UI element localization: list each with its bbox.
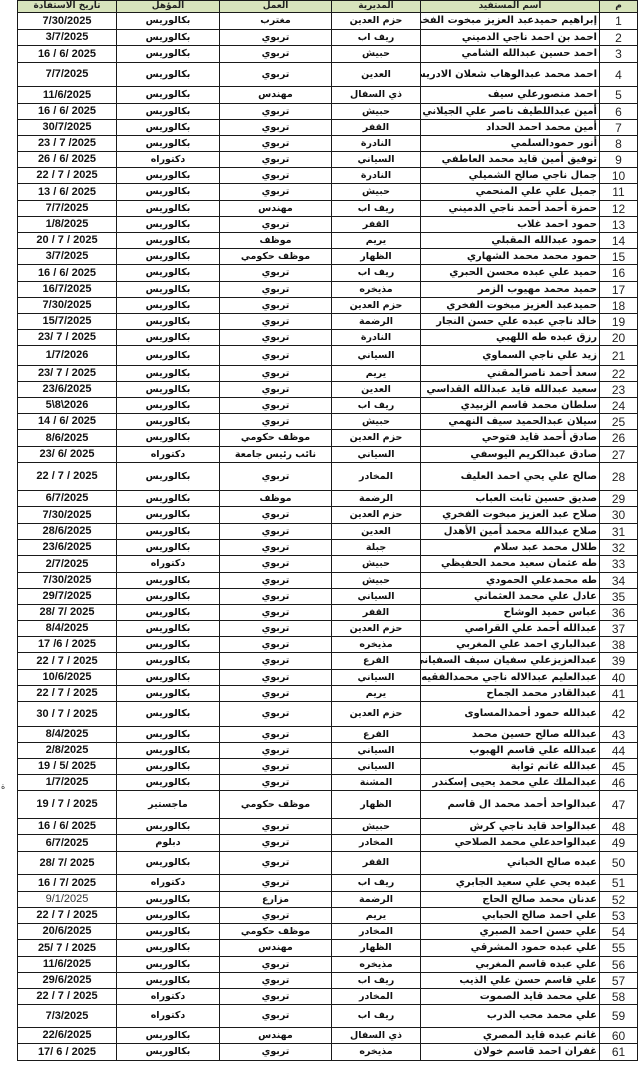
cell-qual: بكالوريس bbox=[117, 217, 220, 233]
cell-name: سلطان محمد قاسم الزبيدي bbox=[421, 398, 600, 414]
cell-qual: بكالوريس bbox=[117, 282, 220, 298]
cell-district: العدين bbox=[332, 524, 421, 540]
table-row: 59علي محمد محب الدربريف ابتربويدكتوراه7/… bbox=[18, 1005, 638, 1028]
cell-job: تربوي bbox=[220, 556, 332, 573]
header-name: اسم المستفيد bbox=[421, 1, 600, 13]
cell-date: 11/6/2025 bbox=[18, 87, 117, 104]
cell-date: 14 / 6/ 2025 bbox=[18, 414, 117, 430]
cell-name: حميدعبد العزيز مبخوت الفخري bbox=[421, 298, 600, 314]
cell-name: حمود احمد غلاب bbox=[421, 217, 600, 233]
cell-name: حمود عبدالله المقبلي bbox=[421, 233, 600, 249]
cell-job: تربوي bbox=[220, 30, 332, 46]
cell-name: عبدالله غانم ثوابة bbox=[421, 759, 600, 775]
cell-name: علي محمد محب الدرب bbox=[421, 1005, 600, 1028]
cell-district: الظهار bbox=[332, 791, 421, 819]
cell-date: 7/30/2025 bbox=[18, 13, 117, 30]
cell-name: صلاح عبد العزيز مبخوت الفخري bbox=[421, 507, 600, 524]
cell-job: تربوي bbox=[220, 759, 332, 775]
cell-name: حميد علي عبده محسن الحبري bbox=[421, 265, 600, 282]
cell-name: عباس حميد الوشاح bbox=[421, 605, 600, 621]
table-row: 2احمد بن احمد ناجي الدمينيريف ابتربويبكا… bbox=[18, 30, 638, 46]
cell-name: خالد ناجي عبده علي حسن النجار bbox=[421, 314, 600, 330]
cell-date: 30/7/2025 bbox=[18, 120, 117, 136]
cell-name: عبدالقادر محمد الجماح bbox=[421, 686, 600, 702]
table-row: 45عبدالله غانم ثوابةالسيانيتربويبكالوريس… bbox=[18, 759, 638, 775]
cell-district: حزم العدين bbox=[332, 430, 421, 447]
cell-district: يريم bbox=[332, 366, 421, 382]
table-row: 46عبدالملك علي محمد يحيى إسكندرالمشنةترب… bbox=[18, 775, 638, 791]
cell-name: عبدالواحد أحمد محمد ال قاسم bbox=[421, 791, 600, 819]
cell-name: عبدالله صالح حسين محمد bbox=[421, 727, 600, 743]
cell-job: تربوي bbox=[220, 973, 332, 989]
cell-num: 8 bbox=[600, 136, 638, 152]
cell-num: 19 bbox=[600, 314, 638, 330]
cell-qual: بكالوريس bbox=[117, 621, 220, 637]
cell-date: 15/7/2025 bbox=[18, 314, 117, 330]
cell-date: 16 / 6/ 2025 bbox=[18, 819, 117, 835]
cell-name: جمال ناجي صالح الشميلي bbox=[421, 168, 600, 184]
cell-date: 16/7/2025 bbox=[18, 282, 117, 298]
cell-job: تربوي bbox=[220, 152, 332, 168]
cell-job: تربوي bbox=[220, 398, 332, 414]
cell-district: حبيش bbox=[332, 184, 421, 201]
cell-date: 23 / 7 /2025 bbox=[18, 136, 117, 152]
table-row: 15حمود محمد محمد الشهاريالظهارموظف حكومي… bbox=[18, 249, 638, 265]
table-row: 10جمال ناجي صالح الشميليالنادرةتربويبكال… bbox=[18, 168, 638, 184]
cell-job: نائب رئيس جامعة bbox=[220, 447, 332, 463]
cell-date: 23/6/2025 bbox=[18, 540, 117, 556]
cell-qual: بكالوريس bbox=[117, 775, 220, 791]
cell-num: 3 bbox=[600, 46, 638, 63]
cell-qual: دبلوم bbox=[117, 835, 220, 852]
table-row: 20رزق عبده طه اللهبيالنادرةتربويبكالوريس… bbox=[18, 330, 638, 346]
cell-date: 8/6/2025 bbox=[18, 430, 117, 447]
cell-date: 26 / 6/ 2025 bbox=[18, 152, 117, 168]
cell-job: تربوي bbox=[220, 104, 332, 120]
cell-district: النادرة bbox=[332, 330, 421, 346]
cell-date: 23/ 7 / 2025 bbox=[18, 330, 117, 346]
cell-district: حبيش bbox=[332, 819, 421, 835]
table-row: 36عباس حميد الوشاحالقفرتربويبكالوريس28/ … bbox=[18, 605, 638, 621]
cell-qual: بكالوريس bbox=[117, 201, 220, 217]
cell-date: 25/ 7 / 2025 bbox=[18, 940, 117, 957]
cell-num: 15 bbox=[600, 249, 638, 265]
cell-job: تربوي bbox=[220, 366, 332, 382]
table-row: 61غفران احمد قاسم خولانمذيخرهتربويبكالور… bbox=[18, 1044, 638, 1061]
cell-num: 25 bbox=[600, 414, 638, 430]
cell-job: تربوي bbox=[220, 908, 332, 924]
cell-name: طه عثمان سعيد محمد الحفيظي bbox=[421, 556, 600, 573]
header-date: تاريخ الاستفادة bbox=[18, 1, 117, 13]
cell-date: 6/7/2025 bbox=[18, 491, 117, 507]
cell-qual: بكالوريس bbox=[117, 819, 220, 835]
cell-qual: بكالوريس bbox=[117, 605, 220, 621]
cell-job: تربوي bbox=[220, 120, 332, 136]
cell-name: عبده يحي علي سعيد الجابري bbox=[421, 875, 600, 892]
cell-date: 28/ 7/ 2025 bbox=[18, 852, 117, 875]
cell-job: تربوي bbox=[220, 727, 332, 743]
table-row: 39عبدالعزيزعلي سفيان سيف السفيانيالفرعتر… bbox=[18, 653, 638, 670]
cell-name: عبدالعليم عبدالاله ناجي محمدالفقيه bbox=[421, 670, 600, 686]
table-row: 6أمين عبداللطيف ناصر علي الجيلانيحبيشترب… bbox=[18, 104, 638, 120]
cell-num: 44 bbox=[600, 743, 638, 759]
table-row: 1إبراهيم حميدعبد العزيز مبخوت الفخريحزم … bbox=[18, 13, 638, 30]
cell-num: 47 bbox=[600, 791, 638, 819]
table-row: 28صالح علي يحي احمد العليفالمخادرتربويبك… bbox=[18, 463, 638, 491]
table-row: 17حميد محمد مهيوب الزمرمذيخرهتربويبكالور… bbox=[18, 282, 638, 298]
cell-job: تربوي bbox=[220, 605, 332, 621]
cell-job: تربوي bbox=[220, 265, 332, 282]
cell-district: القفر bbox=[332, 852, 421, 875]
cell-job: تربوي bbox=[220, 330, 332, 346]
cell-qual: بكالوريس bbox=[117, 136, 220, 152]
cell-district: المخادر bbox=[332, 835, 421, 852]
table-row: 58علي محمد قايد الصموتالمخادرتربويدكتورا… bbox=[18, 989, 638, 1005]
cell-name: علي احمد صالح الحبابي bbox=[421, 908, 600, 924]
cell-num: 51 bbox=[600, 875, 638, 892]
cell-date: 23/6/2025 bbox=[18, 382, 117, 398]
cell-qual: بكالوريس bbox=[117, 940, 220, 957]
table-row: 32طلال محمد عبد سلامجبلةتربويبكالوريس23/… bbox=[18, 540, 638, 556]
cell-name: صادق عبدالكريم اليوسفي bbox=[421, 447, 600, 463]
cell-qual: بكالوريس bbox=[117, 637, 220, 653]
table-row: 30صلاح عبد العزيز مبخوت الفخريحزم العدين… bbox=[18, 507, 638, 524]
cell-job: تربوي bbox=[220, 835, 332, 852]
cell-qual: بكالوريس bbox=[117, 46, 220, 63]
cell-name: طه محمدعلي الحمودي bbox=[421, 573, 600, 589]
cell-district: المشنة bbox=[332, 775, 421, 791]
cell-qual: بكالوريس bbox=[117, 524, 220, 540]
cell-date: 22 / 7 / 2025 bbox=[18, 686, 117, 702]
cell-num: 33 bbox=[600, 556, 638, 573]
cell-date: 1/7/2025 bbox=[18, 775, 117, 791]
cell-date: 1/8/2025 bbox=[18, 217, 117, 233]
cell-date: 23/ 7 / 2025 bbox=[18, 366, 117, 382]
table-row: 16حميد علي عبده محسن الحبريريف ابتربويبك… bbox=[18, 265, 638, 282]
cell-name: احمد حسين عبدالله الشامي bbox=[421, 46, 600, 63]
cell-num: 49 bbox=[600, 835, 638, 852]
cell-qual: بكالوريس bbox=[117, 1044, 220, 1061]
cell-qual: دكتوراه bbox=[117, 989, 220, 1005]
cell-district: ذي السفال bbox=[332, 1028, 421, 1044]
cell-qual: دكتوراه bbox=[117, 875, 220, 892]
cell-qual: بكالوريس bbox=[117, 491, 220, 507]
cell-name: غانم عبده قايد المصري bbox=[421, 1028, 600, 1044]
cell-district: ريف اب bbox=[332, 973, 421, 989]
cell-num: 18 bbox=[600, 298, 638, 314]
cell-district: حزم العدين bbox=[332, 507, 421, 524]
cell-job: تربوي bbox=[220, 382, 332, 398]
header-row: م اسم المستفيد المديرية العمل المؤهل تار… bbox=[18, 1, 638, 13]
cell-num: 6 bbox=[600, 104, 638, 120]
cell-num: 29 bbox=[600, 491, 638, 507]
cell-district: الظهار bbox=[332, 249, 421, 265]
cell-job: تربوي bbox=[220, 670, 332, 686]
cell-district: النادرة bbox=[332, 168, 421, 184]
cell-date: 7/30/2025 bbox=[18, 507, 117, 524]
cell-qual: بكالوريس bbox=[117, 686, 220, 702]
cell-num: 24 bbox=[600, 398, 638, 414]
cell-qual: بكالوريس bbox=[117, 13, 220, 30]
cell-district: النادرة bbox=[332, 136, 421, 152]
cell-name: توفيق أمين قايد محمد العاطفي bbox=[421, 152, 600, 168]
cell-qual: بكالوريس bbox=[117, 973, 220, 989]
cell-date: 16 / 6/ 2025 bbox=[18, 104, 117, 120]
table-row: 8أنور حمودالسلميالنادرةتربويبكالوريس23 /… bbox=[18, 136, 638, 152]
cell-name: عبدالعزيزعلي سفيان سيف السفياني bbox=[421, 653, 600, 670]
cell-name: عادل علي محمد العثماني bbox=[421, 589, 600, 605]
cell-job: تربوي bbox=[220, 637, 332, 653]
cell-job: تربوي bbox=[220, 346, 332, 366]
table-row: 37عبدالله أحمد علي القراصيحزم العدينتربو… bbox=[18, 621, 638, 637]
cell-job: تربوي bbox=[220, 136, 332, 152]
cell-date: 22 / 7 / 2025 bbox=[18, 168, 117, 184]
cell-name: أمين عبداللطيف ناصر علي الجيلاني bbox=[421, 104, 600, 120]
cell-qual: بكالوريس bbox=[117, 957, 220, 973]
cell-date: 1/7/2026 bbox=[18, 346, 117, 366]
table-row: 31صلاح عبدالله محمد أمين الأهدلالعدينترب… bbox=[18, 524, 638, 540]
cell-num: 46 bbox=[600, 775, 638, 791]
cell-qual: بكالوريس bbox=[117, 330, 220, 346]
cell-qual: بكالوريس bbox=[117, 589, 220, 605]
cell-qual: بكالوريس bbox=[117, 743, 220, 759]
cell-num: 56 bbox=[600, 957, 638, 973]
cell-num: 16 bbox=[600, 265, 638, 282]
cell-date: 13 / 6/ 2025 bbox=[18, 184, 117, 201]
cell-date: 3/7/2025 bbox=[18, 30, 117, 46]
cell-qual: دكتوراه bbox=[117, 152, 220, 168]
cell-name: عبدالواحد قايد ناجي كرش bbox=[421, 819, 600, 835]
cell-num: 2 bbox=[600, 30, 638, 46]
table-row: 12حمزة أحمد أحمد ناجي الدمينيريف ابمهندس… bbox=[18, 201, 638, 217]
cell-num: 54 bbox=[600, 924, 638, 940]
table-row: 19خالد ناجي عبده علي حسن النجارالرضمةترب… bbox=[18, 314, 638, 330]
cell-name: علي عبده حمود المشرقي bbox=[421, 940, 600, 957]
cell-job: مغترب bbox=[220, 13, 332, 30]
cell-date: 22 / 7 / 2025 bbox=[18, 989, 117, 1005]
cell-qual: بكالوريس bbox=[117, 233, 220, 249]
cell-qual: بكالوريس bbox=[117, 908, 220, 924]
cell-job: تربوي bbox=[220, 63, 332, 87]
cell-qual: دكتوراه bbox=[117, 1005, 220, 1028]
cell-name: صادق أحمد قايد فتوحي bbox=[421, 430, 600, 447]
cell-name: صديق حسين ثابت العباب bbox=[421, 491, 600, 507]
table-row: 38عبدالباري احمد علي المغربيمذيخرهتربويب… bbox=[18, 637, 638, 653]
cell-date: 19 / 5/ 2025 bbox=[18, 759, 117, 775]
cell-district: ريف اب bbox=[332, 875, 421, 892]
cell-district: يريم bbox=[332, 908, 421, 924]
cell-district: ريف اب bbox=[332, 1005, 421, 1028]
cell-qual: بكالوريس bbox=[117, 670, 220, 686]
cell-district: يريم bbox=[332, 233, 421, 249]
table-row: 14حمود عبدالله المقبلييريمموظفبكالوريس20… bbox=[18, 233, 638, 249]
cell-qual: بكالوريس bbox=[117, 702, 220, 727]
cell-name: سيلان عبدالحميد سيف النهمي bbox=[421, 414, 600, 430]
cell-qual: بكالوريس bbox=[117, 759, 220, 775]
cell-date: 6/7/2025 bbox=[18, 835, 117, 852]
cell-district: السياني bbox=[332, 152, 421, 168]
cell-job: تربوي bbox=[220, 507, 332, 524]
cell-district: حبيش bbox=[332, 46, 421, 63]
cell-date: 10/6/2025 bbox=[18, 670, 117, 686]
table-row: 56علي عبده قاسم المغربيمذيخرهتربويبكالور… bbox=[18, 957, 638, 973]
cell-date: 8/4/2025 bbox=[18, 727, 117, 743]
cell-job: تربوي bbox=[220, 524, 332, 540]
cell-district: المخادر bbox=[332, 924, 421, 940]
cell-num: 52 bbox=[600, 892, 638, 908]
cell-name: صالح علي يحي احمد العليف bbox=[421, 463, 600, 491]
cell-job: تربوي bbox=[220, 775, 332, 791]
header-district: المديرية bbox=[332, 1, 421, 13]
cell-qual: ماجستير bbox=[117, 791, 220, 819]
cell-name: عبدالله أحمد علي القراصي bbox=[421, 621, 600, 637]
cell-job: تربوي bbox=[220, 743, 332, 759]
cell-qual: بكالوريس bbox=[117, 414, 220, 430]
cell-job: تربوي bbox=[220, 282, 332, 298]
cell-job: تربوي bbox=[220, 46, 332, 63]
cell-date: 2/7/2025 bbox=[18, 556, 117, 573]
cell-qual: بكالوريس bbox=[117, 727, 220, 743]
table-row: 51عبده يحي علي سعيد الجابريريف ابتربويدك… bbox=[18, 875, 638, 892]
cell-job: تربوي bbox=[220, 589, 332, 605]
cell-job: تربوي bbox=[220, 1044, 332, 1061]
table-row: 5احمد منصورعلي سيفذي السفالمهندسبكالوريس… bbox=[18, 87, 638, 104]
cell-num: 59 bbox=[600, 1005, 638, 1028]
cell-job: موظف bbox=[220, 491, 332, 507]
cell-num: 53 bbox=[600, 908, 638, 924]
cell-district: الفرع bbox=[332, 727, 421, 743]
cell-district: السياني bbox=[332, 447, 421, 463]
cell-district: حزم العدين bbox=[332, 298, 421, 314]
cell-job: مزارع bbox=[220, 892, 332, 908]
beneficiaries-table: م اسم المستفيد المديرية العمل المؤهل تار… bbox=[17, 0, 638, 1061]
table-row: 7أمين محمد احمد الحدادالقفرتربويبكالوريس… bbox=[18, 120, 638, 136]
cell-district: حبيش bbox=[332, 104, 421, 120]
cell-district: حزم العدين bbox=[332, 13, 421, 30]
cell-district: المخادر bbox=[332, 463, 421, 491]
table-row: 27صادق عبدالكريم اليوسفيالسيانينائب رئيس… bbox=[18, 447, 638, 463]
cell-district: العدين bbox=[332, 382, 421, 398]
table-row: 50عبده صالح الخبانيالقفرتربويبكالوريس28/… bbox=[18, 852, 638, 875]
cell-name: سعد أحمد ناصرالمقني bbox=[421, 366, 600, 382]
cell-date: 22/6/2025 bbox=[18, 1028, 117, 1044]
cell-name: غفران احمد قاسم خولان bbox=[421, 1044, 600, 1061]
cell-name: عدنان محمد صالح الحاج bbox=[421, 892, 600, 908]
cell-qual: بكالوريس bbox=[117, 346, 220, 366]
cell-num: 22 bbox=[600, 366, 638, 382]
cell-name: طلال محمد عبد سلام bbox=[421, 540, 600, 556]
cell-num: 50 bbox=[600, 852, 638, 875]
cell-district: السياني bbox=[332, 743, 421, 759]
cell-name: عبده صالح الخباني bbox=[421, 852, 600, 875]
cell-job: موظف حكومي bbox=[220, 430, 332, 447]
cell-num: 41 bbox=[600, 686, 638, 702]
cell-district: مذيخره bbox=[332, 637, 421, 653]
cell-num: 35 bbox=[600, 589, 638, 605]
cell-name: جميل علي علي المنحمي bbox=[421, 184, 600, 201]
stray-mark: ة bbox=[1, 782, 5, 791]
cell-qual: بكالوريس bbox=[117, 184, 220, 201]
cell-job: موظف حكومي bbox=[220, 791, 332, 819]
cell-num: 26 bbox=[600, 430, 638, 447]
cell-job: موظف bbox=[220, 233, 332, 249]
cell-district: مذيخره bbox=[332, 957, 421, 973]
cell-district: حزم العدين bbox=[332, 621, 421, 637]
cell-district: القفر bbox=[332, 120, 421, 136]
cell-qual: بكالوريس bbox=[117, 168, 220, 184]
cell-qual: بكالوريس bbox=[117, 104, 220, 120]
cell-num: 45 bbox=[600, 759, 638, 775]
cell-qual: بكالوريس bbox=[117, 314, 220, 330]
cell-job: تربوي bbox=[220, 414, 332, 430]
cell-district: المخادر bbox=[332, 989, 421, 1005]
cell-num: 40 bbox=[600, 670, 638, 686]
cell-name: سعيد عبدالله قايد عبدالله القداسي bbox=[421, 382, 600, 398]
cell-qual: بكالوريس bbox=[117, 249, 220, 265]
cell-district: السياني bbox=[332, 346, 421, 366]
cell-num: 42 bbox=[600, 702, 638, 727]
header-qualification: المؤهل bbox=[117, 1, 220, 13]
cell-date: 16 / 6/ 2025 bbox=[18, 265, 117, 282]
cell-num: 31 bbox=[600, 524, 638, 540]
cell-job: تربوي bbox=[220, 217, 332, 233]
cell-num: 13 bbox=[600, 217, 638, 233]
cell-district: الرضمة bbox=[332, 892, 421, 908]
cell-qual: بكالوريس bbox=[117, 265, 220, 282]
cell-district: جبلة bbox=[332, 540, 421, 556]
cell-num: 39 bbox=[600, 653, 638, 670]
cell-district: القفر bbox=[332, 605, 421, 621]
cell-qual: بكالوريس bbox=[117, 463, 220, 491]
table-body: 1إبراهيم حميدعبد العزيز مبخوت الفخريحزم … bbox=[18, 13, 638, 1061]
table-row: 18حميدعبد العزيز مبخوت الفخريحزم العدينت… bbox=[18, 298, 638, 314]
table-row: 33طه عثمان سعيد محمد الحفيظيحبيشتربويدكت… bbox=[18, 556, 638, 573]
cell-qual: بكالوريس bbox=[117, 430, 220, 447]
cell-job: تربوي bbox=[220, 463, 332, 491]
cell-qual: دكتوراه bbox=[117, 447, 220, 463]
cell-date: 20 / 7 / 2025 bbox=[18, 233, 117, 249]
cell-job: مهندس bbox=[220, 87, 332, 104]
cell-num: 57 bbox=[600, 973, 638, 989]
cell-qual: بكالوريس bbox=[117, 120, 220, 136]
cell-name: عبدالواحدعلي محمد الصلاحي bbox=[421, 835, 600, 852]
cell-date: 30 / 7 / 2025 bbox=[18, 702, 117, 727]
cell-district: حزم العدين bbox=[332, 702, 421, 727]
cell-district: حبيش bbox=[332, 556, 421, 573]
cell-date: 28/ 7/ 2025 bbox=[18, 605, 117, 621]
cell-date: 3/7/2025 bbox=[18, 249, 117, 265]
cell-name: علي قاسم حسن علي الذيب bbox=[421, 973, 600, 989]
cell-date: 17 /6 / 2025 bbox=[18, 637, 117, 653]
cell-name: رزق عبده طه اللهبي bbox=[421, 330, 600, 346]
cell-qual: بكالوريس bbox=[117, 366, 220, 382]
cell-name: احمد محمد عبدالوهاب شعلان الادريسي bbox=[421, 63, 600, 87]
cell-num: 30 bbox=[600, 507, 638, 524]
cell-district: الرضمة bbox=[332, 491, 421, 507]
cell-name: حميد محمد مهيوب الزمر bbox=[421, 282, 600, 298]
cell-num: 5 bbox=[600, 87, 638, 104]
cell-district: الرضمة bbox=[332, 314, 421, 330]
cell-name: عبدالملك علي محمد يحيى إسكندر bbox=[421, 775, 600, 791]
cell-date: 16 / 6/ 2025 bbox=[18, 46, 117, 63]
cell-qual: بكالوريس bbox=[117, 87, 220, 104]
table-row: 60غانم عبده قايد المصريذي السفالمهندسبكا… bbox=[18, 1028, 638, 1044]
cell-district: مذيخره bbox=[332, 282, 421, 298]
cell-qual: بكالوريس bbox=[117, 540, 220, 556]
cell-job: تربوي bbox=[220, 573, 332, 589]
cell-date: 16 / 7/ 2025 bbox=[18, 875, 117, 892]
cell-date: 7/30/2025 bbox=[18, 573, 117, 589]
